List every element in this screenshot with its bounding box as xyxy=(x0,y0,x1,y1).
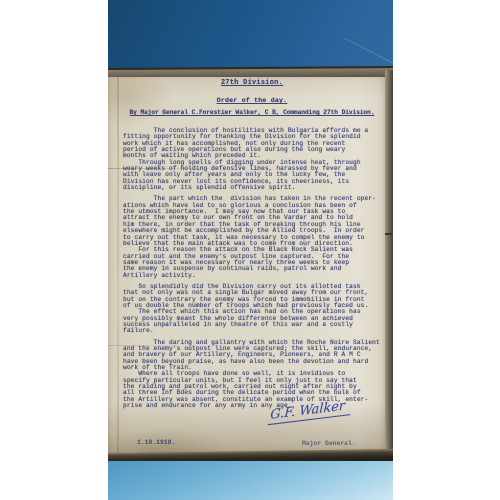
scratch-mark xyxy=(345,38,393,67)
byline: By Major General C.Forestier Walker, C B… xyxy=(123,109,381,116)
order-of-day-heading: Order of the day. xyxy=(123,97,381,104)
paragraph-1: The conclusion of hostilities with Bulga… xyxy=(123,128,381,191)
blue-backdrop-top xyxy=(108,0,393,70)
document-photo: 27th Division. Order of the day. By Majo… xyxy=(108,0,393,500)
paragraph-2: The part which the division has taken in… xyxy=(123,196,381,278)
page-title: 27th Division. xyxy=(123,79,381,87)
stacked-page-edges xyxy=(385,70,393,455)
blue-surface-bottom xyxy=(108,461,393,500)
typed-page: 27th Division. Order of the day. By Majo… xyxy=(108,77,386,455)
paragraph-3: So splendidly did the Division carry out… xyxy=(123,284,381,335)
page-edge-mark xyxy=(385,233,392,235)
date-line: 1.10.1918. xyxy=(137,439,175,446)
vertical-crease xyxy=(117,77,119,455)
body-text: The conclusion of hostilities with Bulga… xyxy=(123,128,381,409)
rank-line: Major General. xyxy=(302,440,356,447)
typed-text-block: 27th Division. Order of the day. By Majo… xyxy=(123,79,381,414)
